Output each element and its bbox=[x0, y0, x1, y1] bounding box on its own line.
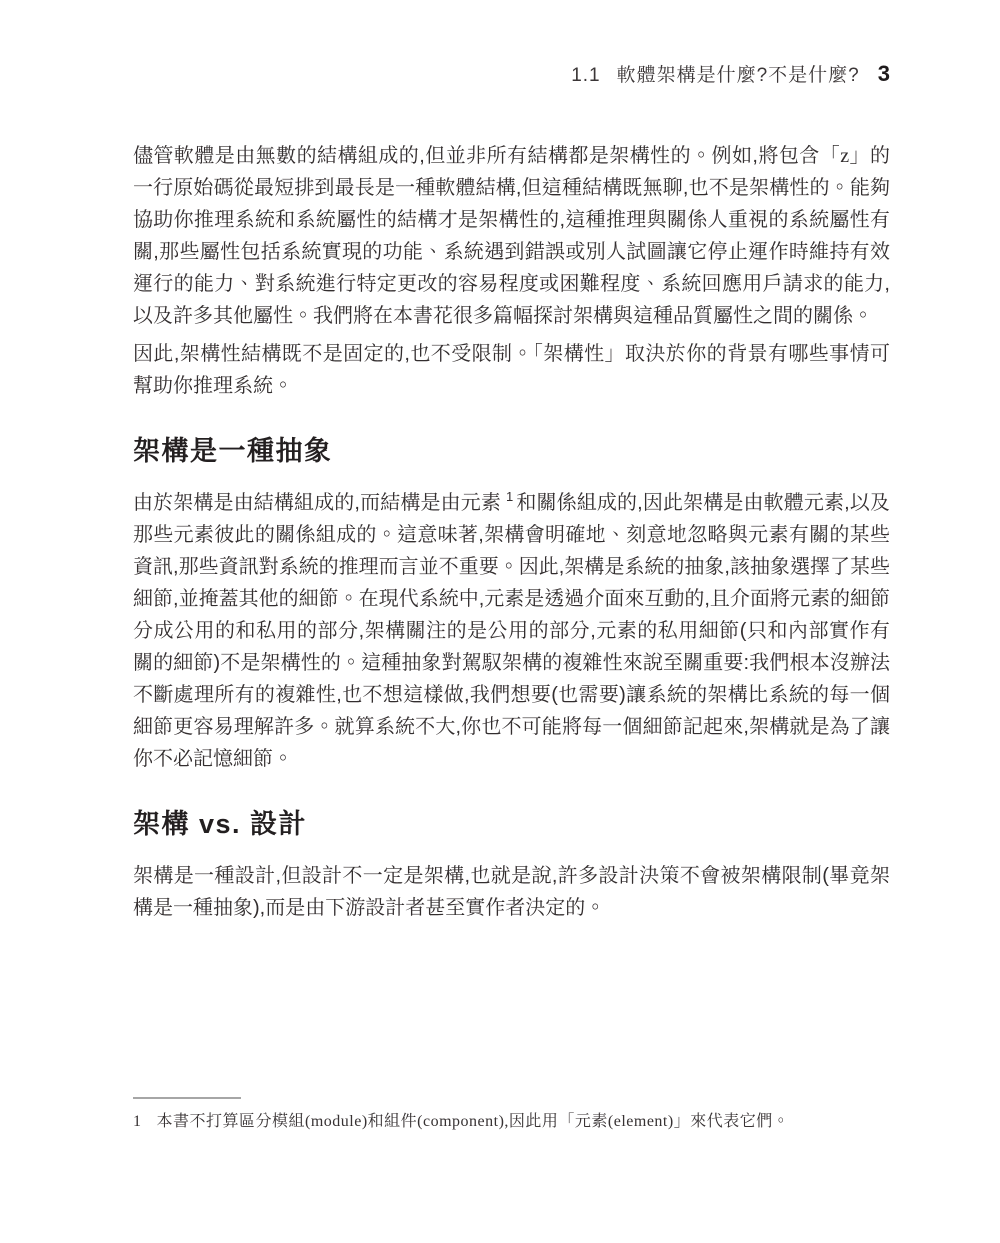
section-heading: 架構是一種抽象 bbox=[133, 432, 890, 470]
section-title: 軟體架構是什麼?不是什麼? bbox=[617, 65, 860, 86]
running-head: 1.1軟體架構是什麼?不是什麼? bbox=[571, 60, 860, 87]
page-content: 儘管軟體是由無數的結構組成的,但並非所有結構都是架構性的。例如,將包含「z」的一… bbox=[133, 140, 890, 930]
body-paragraph: 因此,架構性結構既不是固定的,也不受限制。「架構性」取決於你的背景有哪些事情可幫… bbox=[133, 338, 890, 402]
emphasis-text: 抽象 bbox=[684, 556, 724, 578]
page-number: 3 bbox=[878, 61, 890, 87]
emphasis-text: 品質屬性 bbox=[673, 305, 753, 327]
body-text: 架構是一種設計,但設計不一定是架構,也就是說,許多設計決策不會被架構限制(畢竟架… bbox=[133, 865, 890, 919]
body-text: 由於架構是由結構組成的,而結構是由元素 bbox=[133, 492, 501, 514]
footnote-reference: 1 bbox=[506, 489, 513, 504]
footnote-text: 本書不打算區分模組(module)和組件(component),因此用「元素(e… bbox=[157, 1113, 790, 1130]
footnote: 1本書不打算區分模組(module)和組件(component),因此用「元素(… bbox=[133, 1110, 890, 1133]
body-paragraph: 儘管軟體是由無數的結構組成的,但並非所有結構都是架構性的。例如,將包含「z」的一… bbox=[133, 140, 890, 332]
body-text: 」的一行原始碼從最短排到最長是一種軟體結構,但這種結構既無聊,也不是架構性的。能… bbox=[133, 145, 890, 327]
section-heading: 架構 vs. 設計 bbox=[133, 805, 890, 843]
section-number: 1.1 bbox=[571, 65, 600, 86]
body-paragraph: 由於架構是由結構組成的,而結構是由元素1和關係組成的,因此架構是由軟體元素,以及… bbox=[133, 487, 890, 775]
body-text: 之間的關係。 bbox=[753, 305, 873, 327]
page-header: 1.1軟體架構是什麼?不是什麼? 3 bbox=[133, 60, 890, 87]
latin-text: z bbox=[840, 145, 849, 167]
footnote-marker: 1 bbox=[133, 1113, 142, 1130]
footnote-area: 1本書不打算區分模組(module)和組件(component),因此用「元素(… bbox=[133, 1097, 890, 1133]
body-text: ,該抽象選擇了某些細節,並掩蓋其他的細節。在現代系統中,元素是透過介面來互動的,… bbox=[133, 556, 890, 770]
body-text: 儘管軟體是由無數的結構組成的,但並非所有結構都是架構性的。例如,將包含「 bbox=[133, 145, 840, 167]
book-page: 1.1軟體架構是什麼?不是什麼? 3 儘管軟體是由無數的結構組成的,但並非所有結… bbox=[0, 0, 1000, 1243]
body-paragraph: 架構是一種設計,但設計不一定是架構,也就是說,許多設計決策不會被架構限制(畢竟架… bbox=[133, 860, 890, 924]
body-text: 因此,架構性結構既不是固定的,也不受限制。「架構性」取決於你的背景有哪些事情可幫… bbox=[133, 343, 890, 397]
footnote-rule bbox=[133, 1097, 241, 1099]
